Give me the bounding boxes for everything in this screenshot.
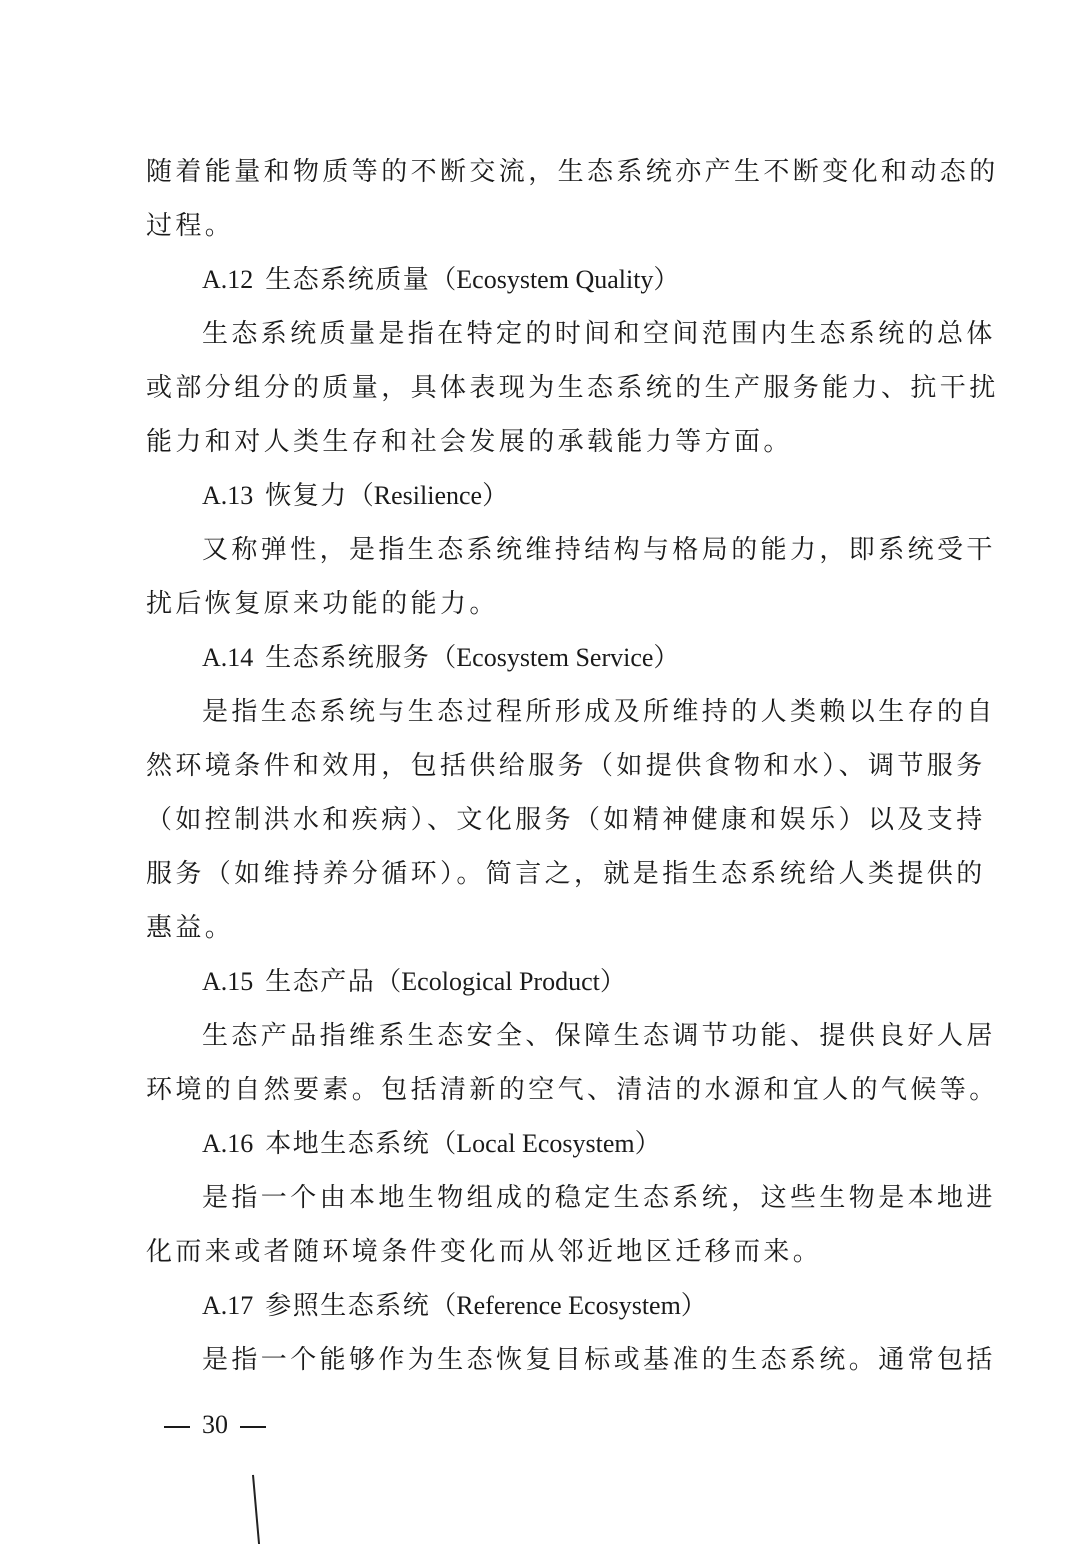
section-number: A.12 [202, 265, 253, 294]
body-line: （如控制洪水和疾病）、文化服务（如精神健康和娱乐）以及支持 [146, 793, 946, 847]
body-line: 能力和对人类生存和社会发展的承载能力等方面。 [146, 415, 946, 469]
body-line: 随着能量和物质等的不断交流，生态系统亦产生不断变化和动态的 [146, 145, 946, 199]
section-title-zh: 本地生态系统 [265, 1129, 430, 1159]
section-title-en: （Resilience） [348, 481, 508, 510]
section-title-zh: 参照生态系统 [265, 1291, 430, 1321]
body-line: 是指一个能够作为生态恢复目标或基准的生态系统。通常包括 [146, 1333, 946, 1387]
section-title-en: （Ecosystem Service） [430, 643, 679, 672]
body-line: 服务（如维持养分循环）。简言之，就是指生态系统给人类提供的 [146, 847, 946, 901]
section-title-zh: 生态产品 [265, 967, 375, 997]
section-title-zh: 生态系统服务 [265, 643, 430, 673]
section-title-zh: 生态系统质量 [265, 265, 430, 295]
page-number-dash-icon [240, 1426, 266, 1428]
body-line: 扰后恢复原来功能的能力。 [146, 577, 946, 631]
scan-artifact-line [252, 1475, 260, 1544]
section-number: A.16 [202, 1129, 253, 1158]
body-line: 环境的自然要素。包括清新的空气、清洁的水源和宜人的气候等。 [146, 1063, 946, 1117]
section-heading-a17: A.17参照生态系统（Reference Ecosystem） [146, 1279, 946, 1333]
section-title-zh: 恢复力 [265, 481, 348, 511]
section-number: A.14 [202, 643, 253, 672]
section-number: A.13 [202, 481, 253, 510]
page-body: 随着能量和物质等的不断交流，生态系统亦产生不断变化和动态的 过程。 A.12生态… [146, 145, 946, 1387]
section-heading-a15: A.15生态产品（Ecological Product） [146, 955, 946, 1009]
body-line: 生态系统质量是指在特定的时间和空间范围内生态系统的总体 [146, 307, 946, 361]
section-heading-a16: A.16本地生态系统（Local Ecosystem） [146, 1117, 946, 1171]
page-number: 30 [164, 1408, 266, 1442]
section-title-en: （Ecosystem Quality） [430, 265, 679, 294]
body-line: 过程。 [146, 199, 946, 253]
page-number-dash-icon [164, 1426, 190, 1428]
body-line: 是指一个由本地生物组成的稳定生态系统，这些生物是本地进 [146, 1171, 946, 1225]
body-line: 惠益。 [146, 901, 946, 955]
body-line: 然环境条件和效用，包括供给服务（如提供食物和水）、调节服务 [146, 739, 946, 793]
section-title-en: （Ecological Product） [375, 967, 626, 996]
section-heading-a12: A.12生态系统质量（Ecosystem Quality） [146, 253, 946, 307]
section-heading-a13: A.13恢复力（Resilience） [146, 469, 946, 523]
section-number: A.17 [202, 1291, 253, 1320]
body-line: 化而来或者随环境条件变化而从邻近地区迁移而来。 [146, 1225, 946, 1279]
section-title-en: （Reference Ecosystem） [430, 1291, 707, 1320]
body-line: 或部分组分的质量，具体表现为生态系统的生产服务能力、抗干扰 [146, 361, 946, 415]
page-number-value: 30 [202, 1410, 228, 1439]
body-line: 生态产品指维系生态安全、保障生态调节功能、提供良好人居 [146, 1009, 946, 1063]
section-number: A.15 [202, 967, 253, 996]
section-title-en: （Local Ecosystem） [430, 1129, 660, 1158]
section-heading-a14: A.14生态系统服务（Ecosystem Service） [146, 631, 946, 685]
body-line: 是指生态系统与生态过程所形成及所维持的人类赖以生存的自 [146, 685, 946, 739]
body-line: 又称弹性，是指生态系统维持结构与格局的能力，即系统受干 [146, 523, 946, 577]
document-page: 随着能量和物质等的不断交流，生态系统亦产生不断变化和动态的 过程。 A.12生态… [0, 0, 1080, 1544]
